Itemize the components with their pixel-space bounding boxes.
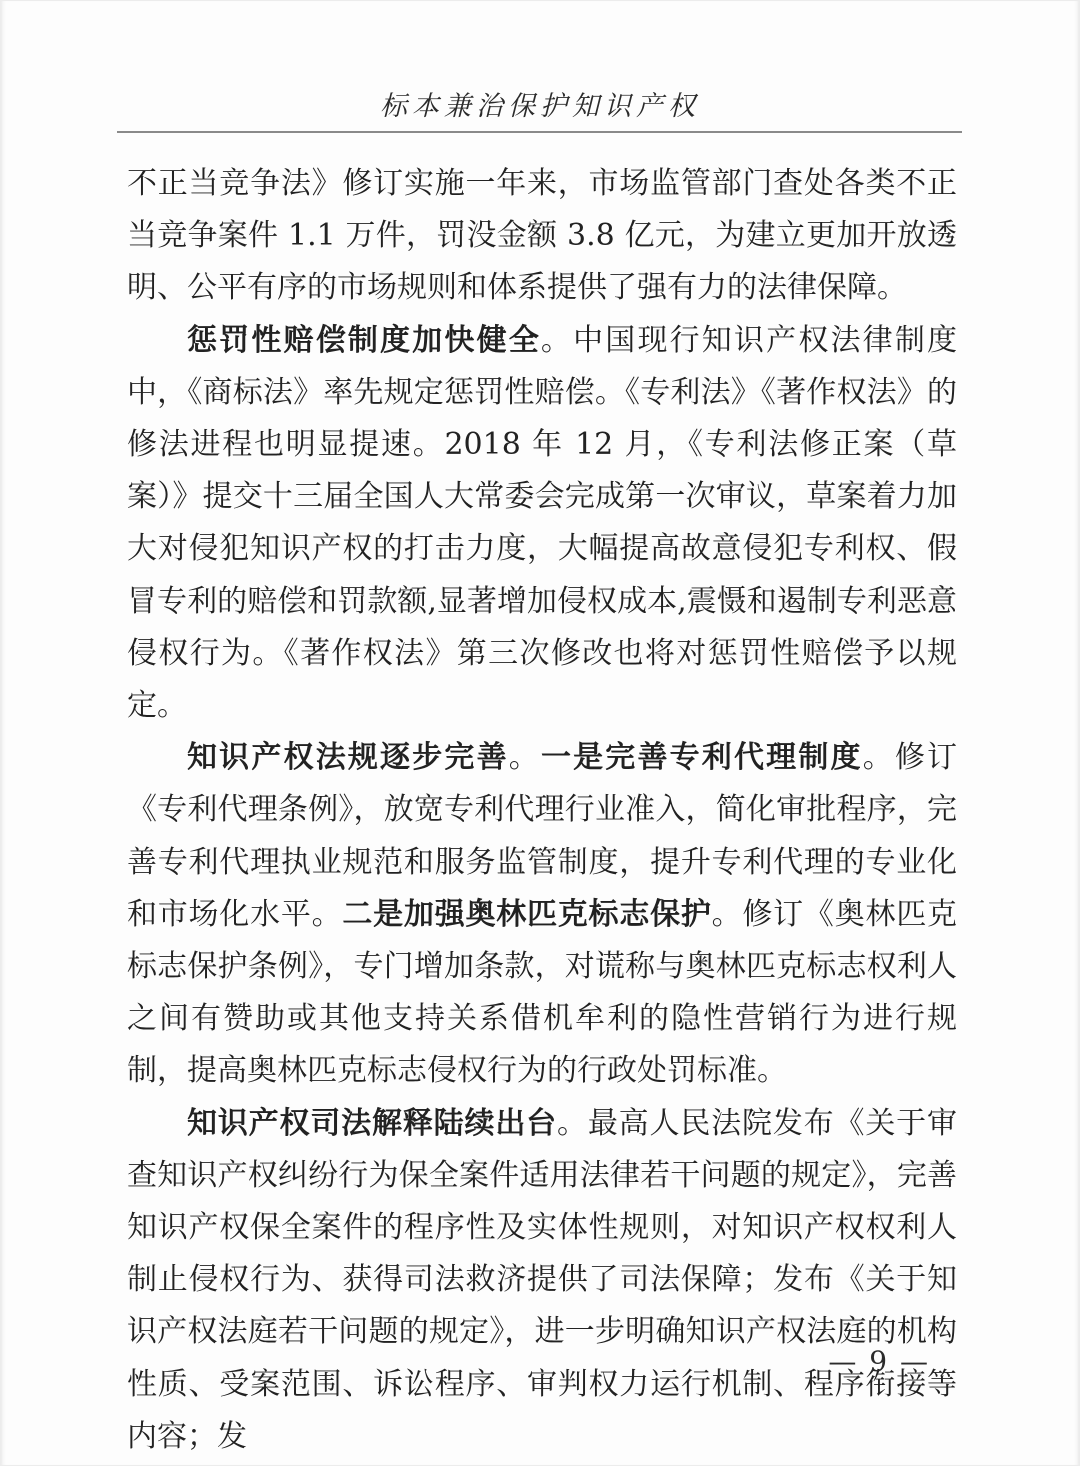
bold-text-run: 知识产权法规逐步完善: [187, 740, 509, 775]
paragraph: 知识产权法规逐步完善。一是完善专利代理制度。修订《专利代理条例》，放宽专利代理行…: [127, 732, 957, 1097]
text-run: 。最高人民法院发布《关于审查知识产权纠纷行为保全案件适用法律若干问题的规定》，完…: [127, 1106, 957, 1454]
page-number: — 9 —: [828, 1345, 930, 1378]
page-header-title: 标本兼治保护知识产权: [0, 84, 1080, 123]
bold-text-run: 二是加强奥林匹克标志保护: [342, 897, 711, 932]
document-page: 标本兼治保护知识产权 不正当竞争法》修订实施一年来，市场监管部门查处各类不正当竞…: [0, 0, 1080, 1466]
text-run: 。: [509, 740, 541, 775]
paragraph: 不正当竞争法》修订实施一年来，市场监管部门查处各类不正当竞争案件 1.1 万件，…: [127, 158, 957, 315]
bold-text-run: 一是完善专利代理制度: [541, 740, 863, 775]
bold-text-run: 惩罚性赔偿制度加快健全: [187, 323, 541, 358]
text-run: 不正当竞争法》修订实施一年来，市场监管部门查处各类不正当竞争案件 1.1 万件，…: [127, 166, 957, 305]
header-rule: [117, 131, 962, 133]
paragraph: 知识产权司法解释陆续出台。最高人民法院发布《关于审查知识产权纠纷行为保全案件适用…: [127, 1098, 957, 1463]
bold-text-run: 知识产权司法解释陆续出台: [187, 1106, 557, 1141]
text-run: 。中国现行知识产权法律制度中，《商标法》率先规定惩罚性赔偿。《专利法》《著作权法…: [127, 323, 957, 723]
body-text: 不正当竞争法》修订实施一年来，市场监管部门查处各类不正当竞争案件 1.1 万件，…: [127, 158, 957, 1463]
paragraph: 惩罚性赔偿制度加快健全。中国现行知识产权法律制度中，《商标法》率先规定惩罚性赔偿…: [127, 315, 957, 733]
